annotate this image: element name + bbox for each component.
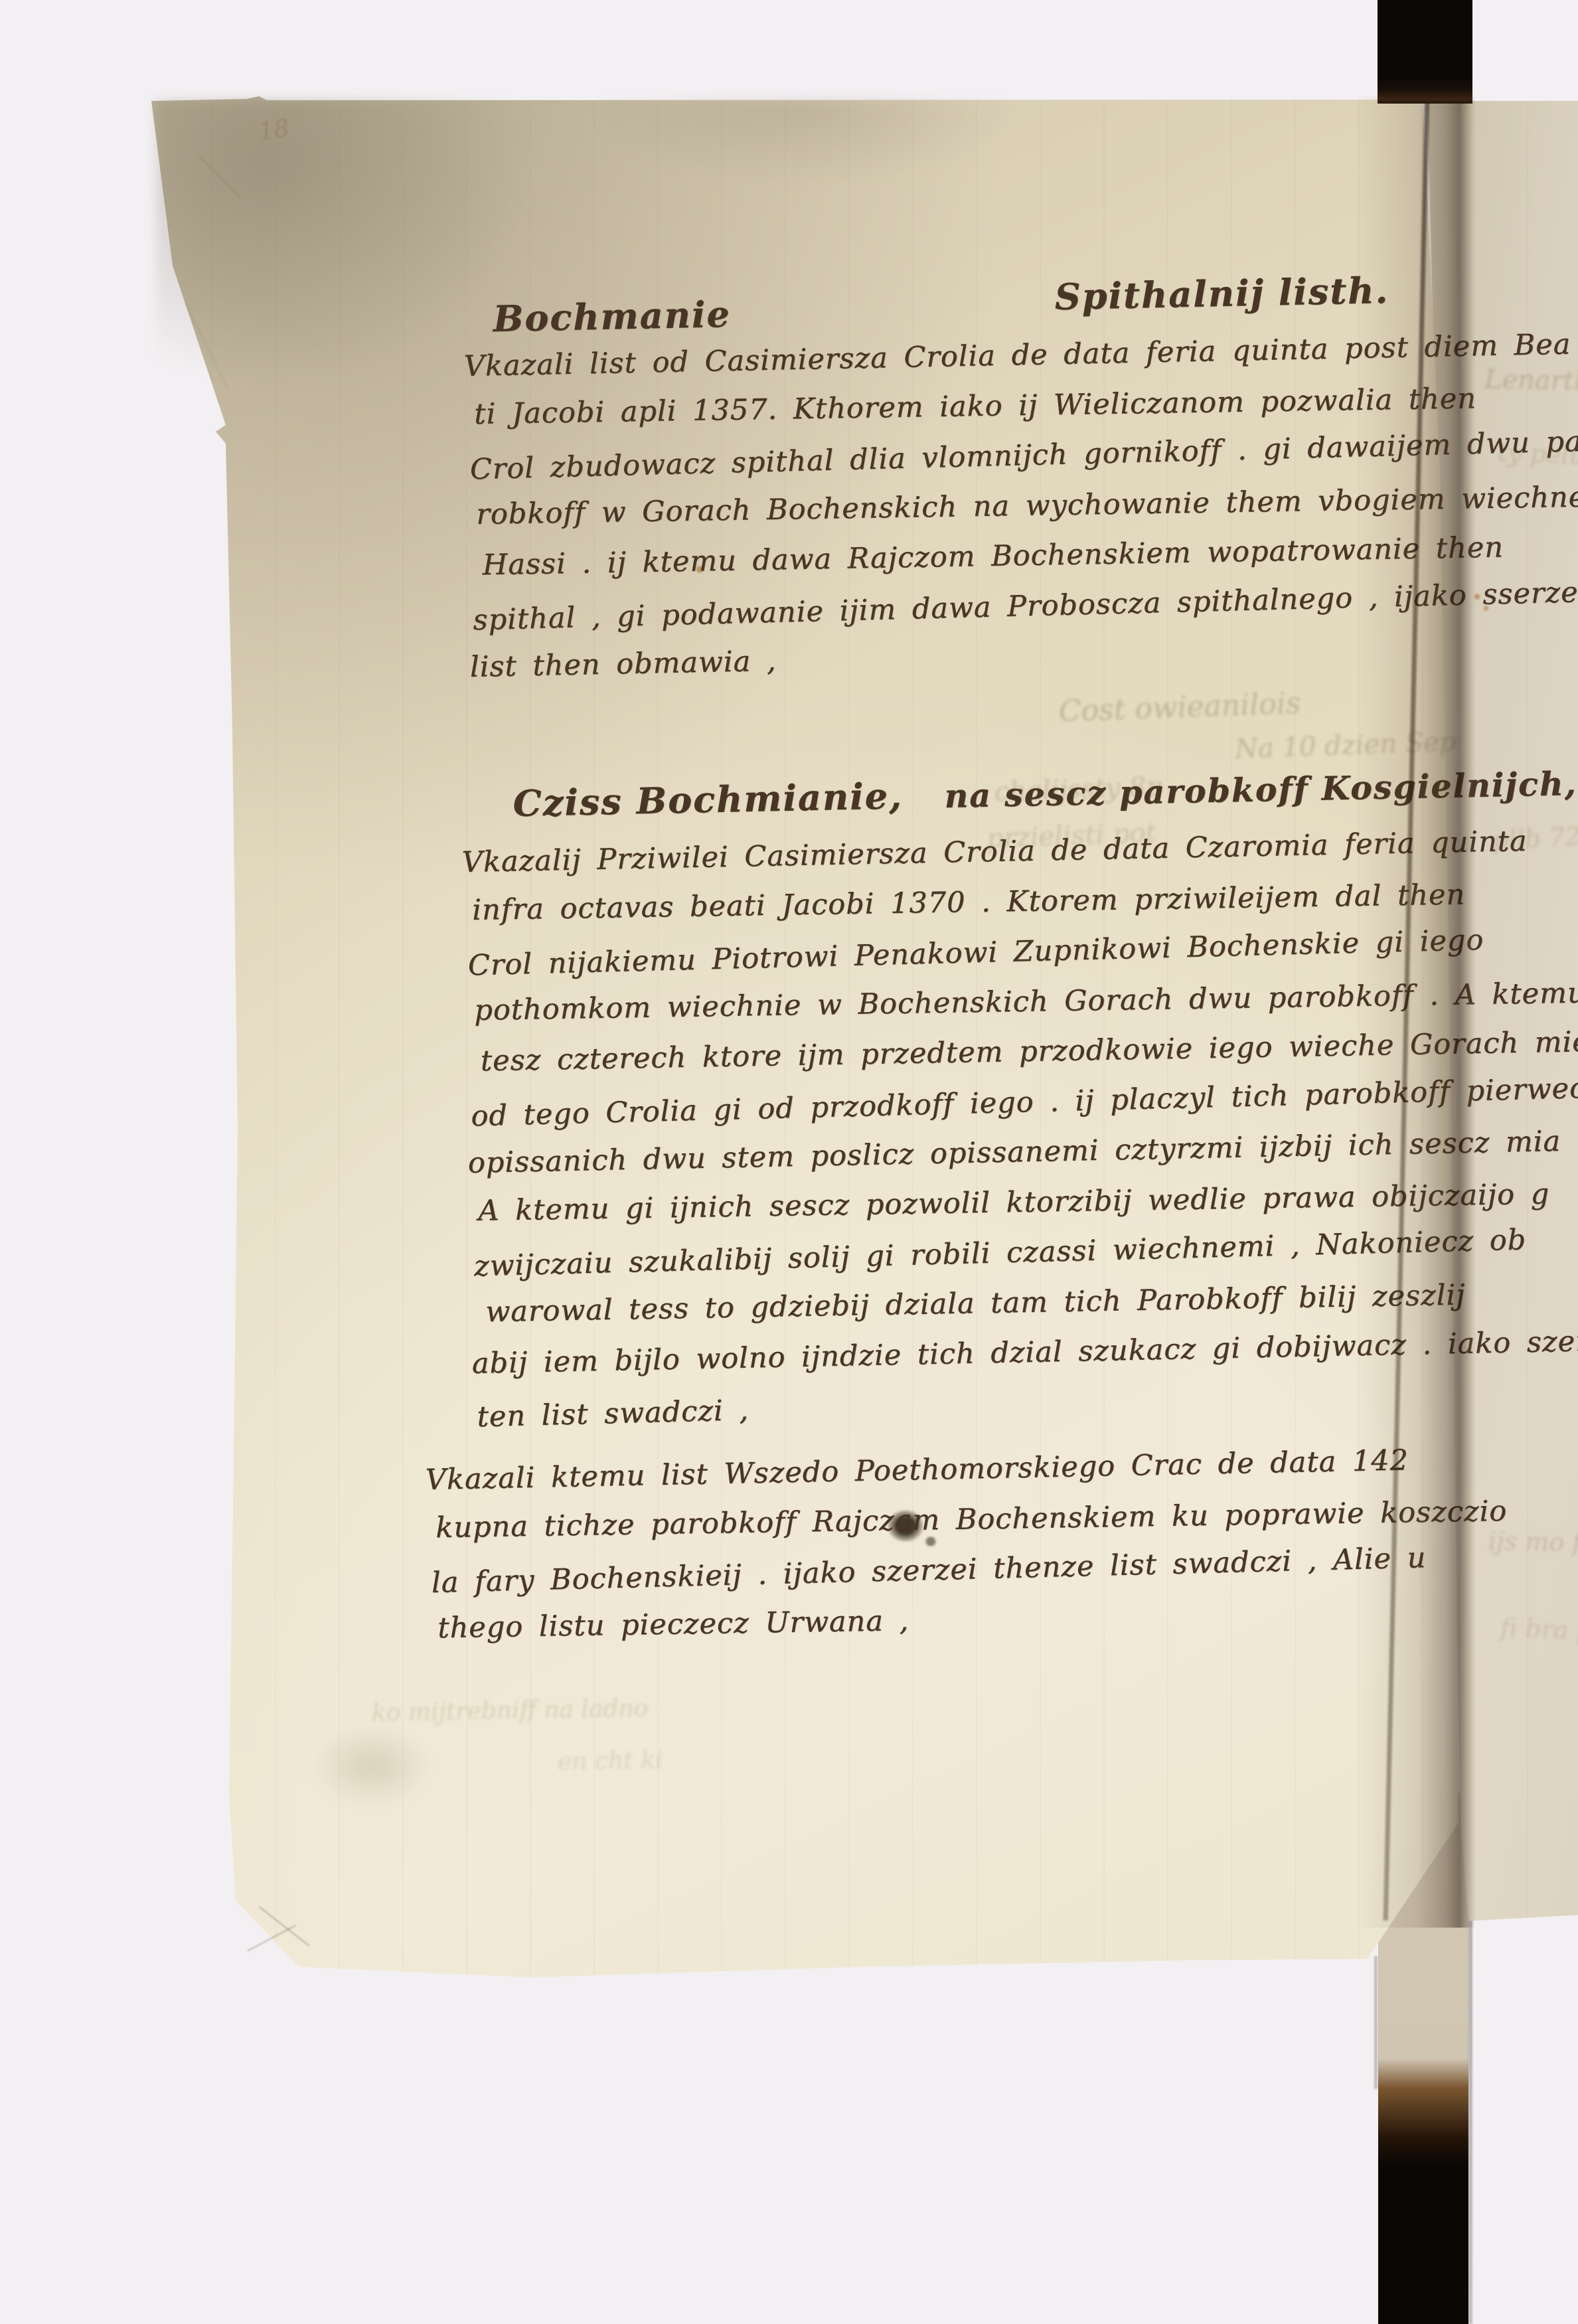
strip-shadow bbox=[1468, 1918, 1472, 2324]
photo-background: 18 Cost owieanilois Na 10 dzien Sep chal… bbox=[0, 0, 1578, 2324]
folio-number: 18 bbox=[257, 115, 291, 146]
section1-heading-right: Spithalnij listh. bbox=[1054, 269, 1389, 318]
section3-paragraph: Vkazali ktemu list Wszedo Poethomorskieg… bbox=[425, 1434, 1510, 1656]
section1-paragraph: Vkazali list od Casimiersza Crolia de da… bbox=[463, 319, 1578, 693]
strip-shadow bbox=[1374, 1956, 1378, 2089]
ghost-text: en cht ki bbox=[558, 1747, 663, 1776]
section2-paragraph: Vkazalij Prziwilei Casimiersza Crolia de… bbox=[461, 815, 1578, 1440]
ghost-text: ko mijtrebniff na ladno bbox=[372, 1695, 649, 1726]
section1-heading-left: Bochmanie bbox=[493, 293, 731, 340]
section2-heading-left: Cziss Bochmianie, bbox=[513, 774, 903, 825]
book-spine-strip-top bbox=[1378, 0, 1472, 104]
ghost-text: fi bra p bbox=[1500, 1614, 1578, 1646]
